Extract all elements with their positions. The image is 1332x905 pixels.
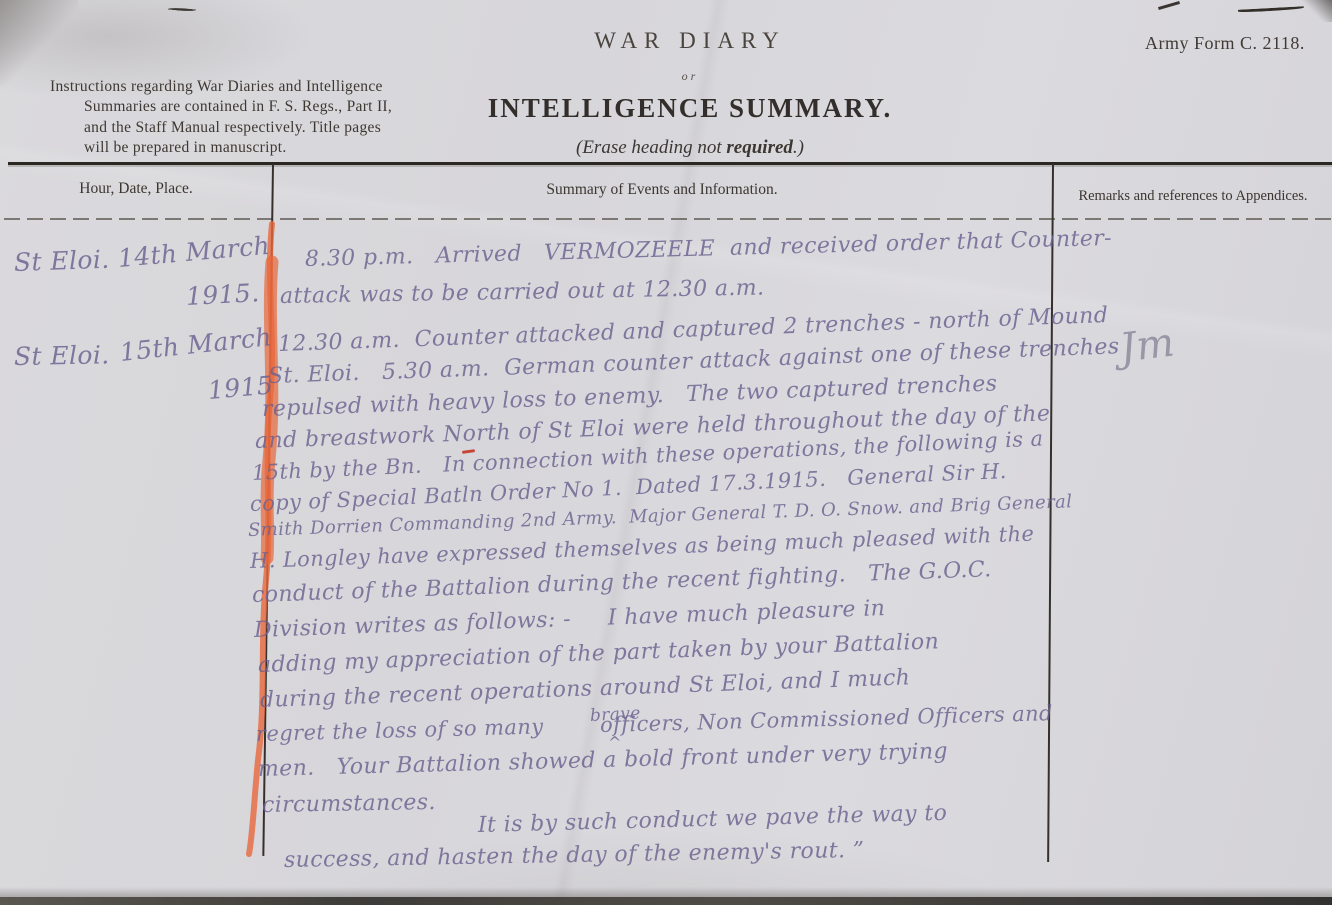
- scan-corner-shadow-left: [0, 0, 78, 86]
- remarks-initials: Jm: [1117, 319, 1177, 371]
- instructions-line: Summaries are contained in F. S. Regs., …: [84, 97, 470, 117]
- instructions-line: Instructions regarding War Diaries and I…: [50, 77, 470, 97]
- instructions-line: will be prepared in manuscript.: [84, 138, 470, 158]
- handwritten-line: men. Your Battalion showed a bold front …: [258, 739, 949, 782]
- entry-place: St Eloi.: [14, 340, 110, 371]
- handwritten-line: 8.30 p.m. Arrived VERMOZEELE and receive…: [305, 226, 1113, 272]
- pen-stroke-mark: [1238, 6, 1304, 12]
- column-header-summary: Summary of Events and Information.: [272, 181, 1052, 199]
- instructions-note: Instructions regarding War Diaries and I…: [50, 77, 470, 159]
- instructions-line: and the Staff Manual respectively. Title…: [84, 118, 470, 138]
- pen-stroke-mark: [168, 7, 196, 13]
- intelligence-summary-title: INTELLIGENCE SUMMARY.: [430, 93, 950, 124]
- table-top-rule: [8, 162, 1332, 165]
- handwritten-line: It is by such conduct we pave the way to: [478, 801, 948, 838]
- erase-note-bold: required: [726, 137, 793, 158]
- war-diary-title: WAR DIARY: [430, 28, 950, 54]
- scan-bottom-shadow: [0, 887, 1332, 897]
- handwritten-line: success, and hasten the day of the enemy…: [284, 838, 865, 873]
- table-header-dashed-rule: [4, 218, 1332, 220]
- or-label: or: [430, 69, 950, 84]
- pen-stroke-mark: [1158, 1, 1180, 10]
- entry-year: 1915.: [185, 278, 260, 311]
- handwritten-line: brave: [589, 703, 641, 726]
- form-title-block: WAR DIARY or INTELLIGENCE SUMMARY. (Eras…: [430, 28, 950, 159]
- handwritten-line: circumstances.: [262, 790, 436, 818]
- erase-note-prefix: (Erase heading not: [576, 137, 726, 158]
- column-header-remarks: Remarks and references to Appendices.: [1054, 188, 1332, 205]
- handwritten-line: attack was to be carried out at 12.30 a.…: [280, 276, 765, 309]
- scanned-war-diary-page: Instructions regarding War Diaries and I…: [0, 0, 1332, 905]
- scan-bottom-edge: [0, 897, 1332, 905]
- column-header-hour-date-place: Hour, Date, Place.: [0, 180, 272, 198]
- entry-place: St Eloi.: [13, 245, 110, 277]
- army-form-number: Army Form C. 2118.: [1145, 33, 1305, 54]
- scan-corner-shadow-right: [1302, 0, 1332, 22]
- erase-heading-note: (Erase heading not required.): [430, 137, 950, 159]
- erase-note-suffix: .): [793, 137, 804, 158]
